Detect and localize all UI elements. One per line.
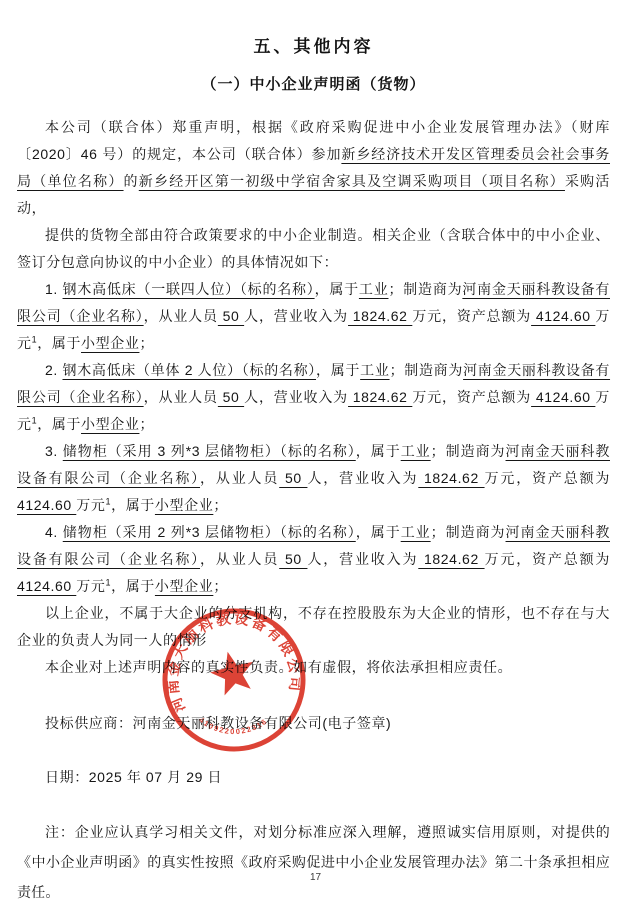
text-run: 人，营业收入为 bbox=[244, 389, 348, 405]
text-run: 提供的货物全部由符合政策要求的中小企业制造。相关企业（含联合体中的中小企业、签订… bbox=[17, 227, 610, 270]
text-run: 万元，资产总额为 bbox=[485, 470, 610, 486]
underlined-field: 50 bbox=[218, 389, 244, 405]
underlined-field: 小型企业 bbox=[81, 416, 139, 432]
underlined-field: 工业 bbox=[360, 362, 389, 378]
text-run: ，属于 bbox=[37, 416, 81, 432]
underlined-field: 工业 bbox=[401, 524, 431, 540]
text-run: 本企业对上述声明内容的真实性负责。如有虚假，将依法承担相应责任。 bbox=[45, 659, 512, 675]
underlined-field: 50 bbox=[279, 470, 307, 486]
text-run: 万元，资产总额为 bbox=[485, 551, 610, 567]
text-run: 4. bbox=[45, 524, 63, 540]
underlined-field: 1824.62 bbox=[348, 389, 412, 405]
underlined-field: 工业 bbox=[401, 443, 431, 459]
text-run: ，属于 bbox=[316, 362, 360, 378]
underlined-field: 新乡经开区第一初级中学宿舍家具及空调采购项目（项目名称） bbox=[139, 173, 565, 189]
text-run: ；制造商为 bbox=[431, 443, 506, 459]
text-run: ，属于 bbox=[37, 335, 81, 351]
underlined-field: 4124.60 bbox=[17, 497, 76, 513]
underlined-field: 4124.60 bbox=[17, 578, 76, 594]
declaration-title: （一）中小企业声明函（货物） bbox=[17, 75, 610, 95]
truthfulness-statement: 本企业对上述声明内容的真实性负责。如有虚假，将依法承担相应责任。 bbox=[17, 654, 610, 681]
footnote-paragraph: 注：企业应认真学习相关文件，对划分标准应深入理解，遵照诚实信用原则，对提供的《中… bbox=[17, 817, 610, 907]
no-large-enterprise-statement: 以上企业，不属于大企业的分支机构，不存在控股股东为大企业的情形，也不存在与大企业… bbox=[17, 600, 610, 654]
text-run: 人，营业收入为 bbox=[244, 308, 348, 324]
text-run: ；制造商为 bbox=[431, 524, 506, 540]
text-run: 万元，资产总额为 bbox=[412, 308, 531, 324]
underlined-field: 钢木高低床（单体 2 人位）（标的名称） bbox=[62, 362, 316, 378]
underlined-field: 50 bbox=[218, 308, 244, 324]
text-run: 注：企业应认真学习相关文件，对划分标准应深入理解，遵照诚实信用原则，对提供的《中… bbox=[17, 824, 610, 900]
document-body: 五、其他内容 （一）中小企业声明函（货物） 本公司（联合体）郑重声明，根据《政府… bbox=[0, 36, 631, 907]
underlined-field: 储物柜（采用 3 列*3 层储物柜）（标的名称） bbox=[63, 443, 356, 459]
declaration-text: 本公司（联合体）郑重声明，根据《政府采购促进中小企业发展管理办法》（财库〔202… bbox=[17, 114, 610, 681]
text-run: ； bbox=[139, 335, 154, 351]
underlined-field: 50 bbox=[279, 551, 307, 567]
declaration-intro: 本公司（联合体）郑重声明，根据《政府采购促进中小企业发展管理办法》（财库〔202… bbox=[17, 114, 610, 222]
item-3: 3. 储物柜（采用 3 列*3 层储物柜）（标的名称），属于工业；制造商为河南金… bbox=[17, 438, 610, 519]
underlined-field: 4124.60 bbox=[531, 308, 595, 324]
text-run: ；制造商为 bbox=[390, 362, 464, 378]
text-run: ，属于 bbox=[111, 578, 155, 594]
text-run: ，属于 bbox=[111, 497, 155, 513]
section-title: 五、其他内容 bbox=[17, 36, 610, 58]
underlined-field: 小型企业 bbox=[155, 578, 213, 594]
underlined-field: 钢木高低床（一联四人位）（标的名称） bbox=[63, 281, 315, 297]
text-run: ，从业人员 bbox=[200, 551, 279, 567]
underlined-field: 1824.62 bbox=[418, 551, 484, 567]
item-1: 1. 钢木高低床（一联四人位）（标的名称），属于工业；制造商为河南金天丽科教设备… bbox=[17, 276, 610, 357]
text-run: ，从业人员 bbox=[200, 470, 279, 486]
text-run: 2. bbox=[45, 362, 62, 378]
text-run: 人，营业收入为 bbox=[307, 551, 418, 567]
underlined-field: 1824.62 bbox=[348, 308, 412, 324]
text-run: ； bbox=[139, 416, 154, 432]
underlined-field: 1824.62 bbox=[418, 470, 484, 486]
text-run: ，属于 bbox=[356, 443, 401, 459]
text-run: 万元 bbox=[76, 497, 105, 513]
text-run: 1. bbox=[45, 281, 63, 297]
item-4: 4. 储物柜（采用 2 列*3 层储物柜）（标的名称），属于工业；制造商为河南金… bbox=[17, 519, 610, 600]
underlined-field: 4124.60 bbox=[531, 389, 595, 405]
text-run: 万元 bbox=[76, 578, 105, 594]
underlined-field: 小型企业 bbox=[155, 497, 213, 513]
text-run: 人，营业收入为 bbox=[307, 470, 418, 486]
item-2: 2. 钢木高低床（单体 2 人位）（标的名称），属于工业；制造商为河南金天丽科教… bbox=[17, 357, 610, 438]
text-run: 以上企业，不属于大企业的分支机构，不存在控股股东为大企业的情形，也不存在与大企业… bbox=[17, 605, 610, 648]
text-run: 万元，资产总额为 bbox=[412, 389, 531, 405]
underlined-field: 小型企业 bbox=[81, 335, 139, 351]
underlined-field: 储物柜（采用 2 列*3 层储物柜）（标的名称） bbox=[63, 524, 356, 540]
underlined-field: 工业 bbox=[359, 281, 389, 297]
document-page: 五、其他内容 （一）中小企业声明函（货物） 本公司（联合体）郑重声明，根据《政府… bbox=[0, 0, 631, 916]
text-run: ； bbox=[213, 497, 228, 513]
signature-block: 投标供应商：河南金天丽科教设备有限公司(电子签章) 日期：2025 年 07 月… bbox=[17, 710, 610, 791]
date-line: 日期：2025 年 07 月 29 日 bbox=[17, 764, 610, 791]
text-run: ；制造商为 bbox=[388, 281, 462, 297]
goods-statement: 提供的货物全部由符合政策要求的中小企业制造。相关企业（含联合体中的中小企业、签订… bbox=[17, 222, 610, 276]
page-number: 17 bbox=[0, 872, 631, 883]
text-run: 的 bbox=[124, 173, 139, 189]
text-run: ，从业人员 bbox=[144, 389, 218, 405]
supplier-signature-line: 投标供应商：河南金天丽科教设备有限公司(电子签章) bbox=[17, 710, 610, 737]
text-run: 3. bbox=[45, 443, 63, 459]
text-run: ，属于 bbox=[356, 524, 401, 540]
text-run: ，属于 bbox=[315, 281, 359, 297]
text-run: ，从业人员 bbox=[144, 308, 218, 324]
text-run: ； bbox=[213, 578, 228, 594]
